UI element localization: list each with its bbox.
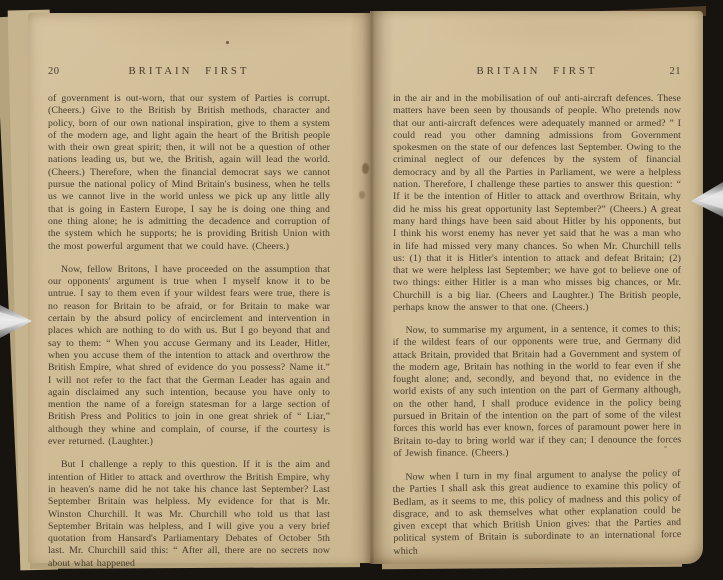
page-title: BRITAIN FIRST (427, 65, 647, 77)
paragraph: Now, fellow Britons, I have proceeded on… (48, 264, 330, 448)
page-right: BRITAIN FIRST 21 in the air and in the m… (370, 11, 703, 564)
paragraph: But I challenge a reply to this question… (48, 459, 330, 570)
paragraph: in the air and in the mobilisation of ou… (393, 93, 681, 314)
page-left: 20 BRITAIN FIRST of government is out-wo… (28, 13, 370, 563)
running-header-right: BRITAIN FIRST 21 (393, 65, 681, 77)
page-right-text: in the air and in the mobilisation of ou… (393, 93, 681, 558)
page-holder-clip-left-icon (0, 300, 34, 342)
paragraph: Now when I turn in my final argument to … (392, 468, 681, 558)
running-header-left: 20 BRITAIN FIRST (48, 65, 330, 77)
book-scan: 20 BRITAIN FIRST of government is out-wo… (0, 0, 723, 580)
paragraph: Now, to summarise my argument, in a sent… (393, 324, 682, 461)
page-title: BRITAIN FIRST (82, 65, 296, 77)
paragraph: of government is out-worn, that our syst… (48, 93, 330, 253)
page-number: 20 (48, 66, 82, 77)
page-number: 21 (647, 66, 681, 77)
page-left-text: of government is out-worn, that our syst… (48, 93, 330, 570)
page-holder-clip-right-icon (688, 181, 723, 219)
